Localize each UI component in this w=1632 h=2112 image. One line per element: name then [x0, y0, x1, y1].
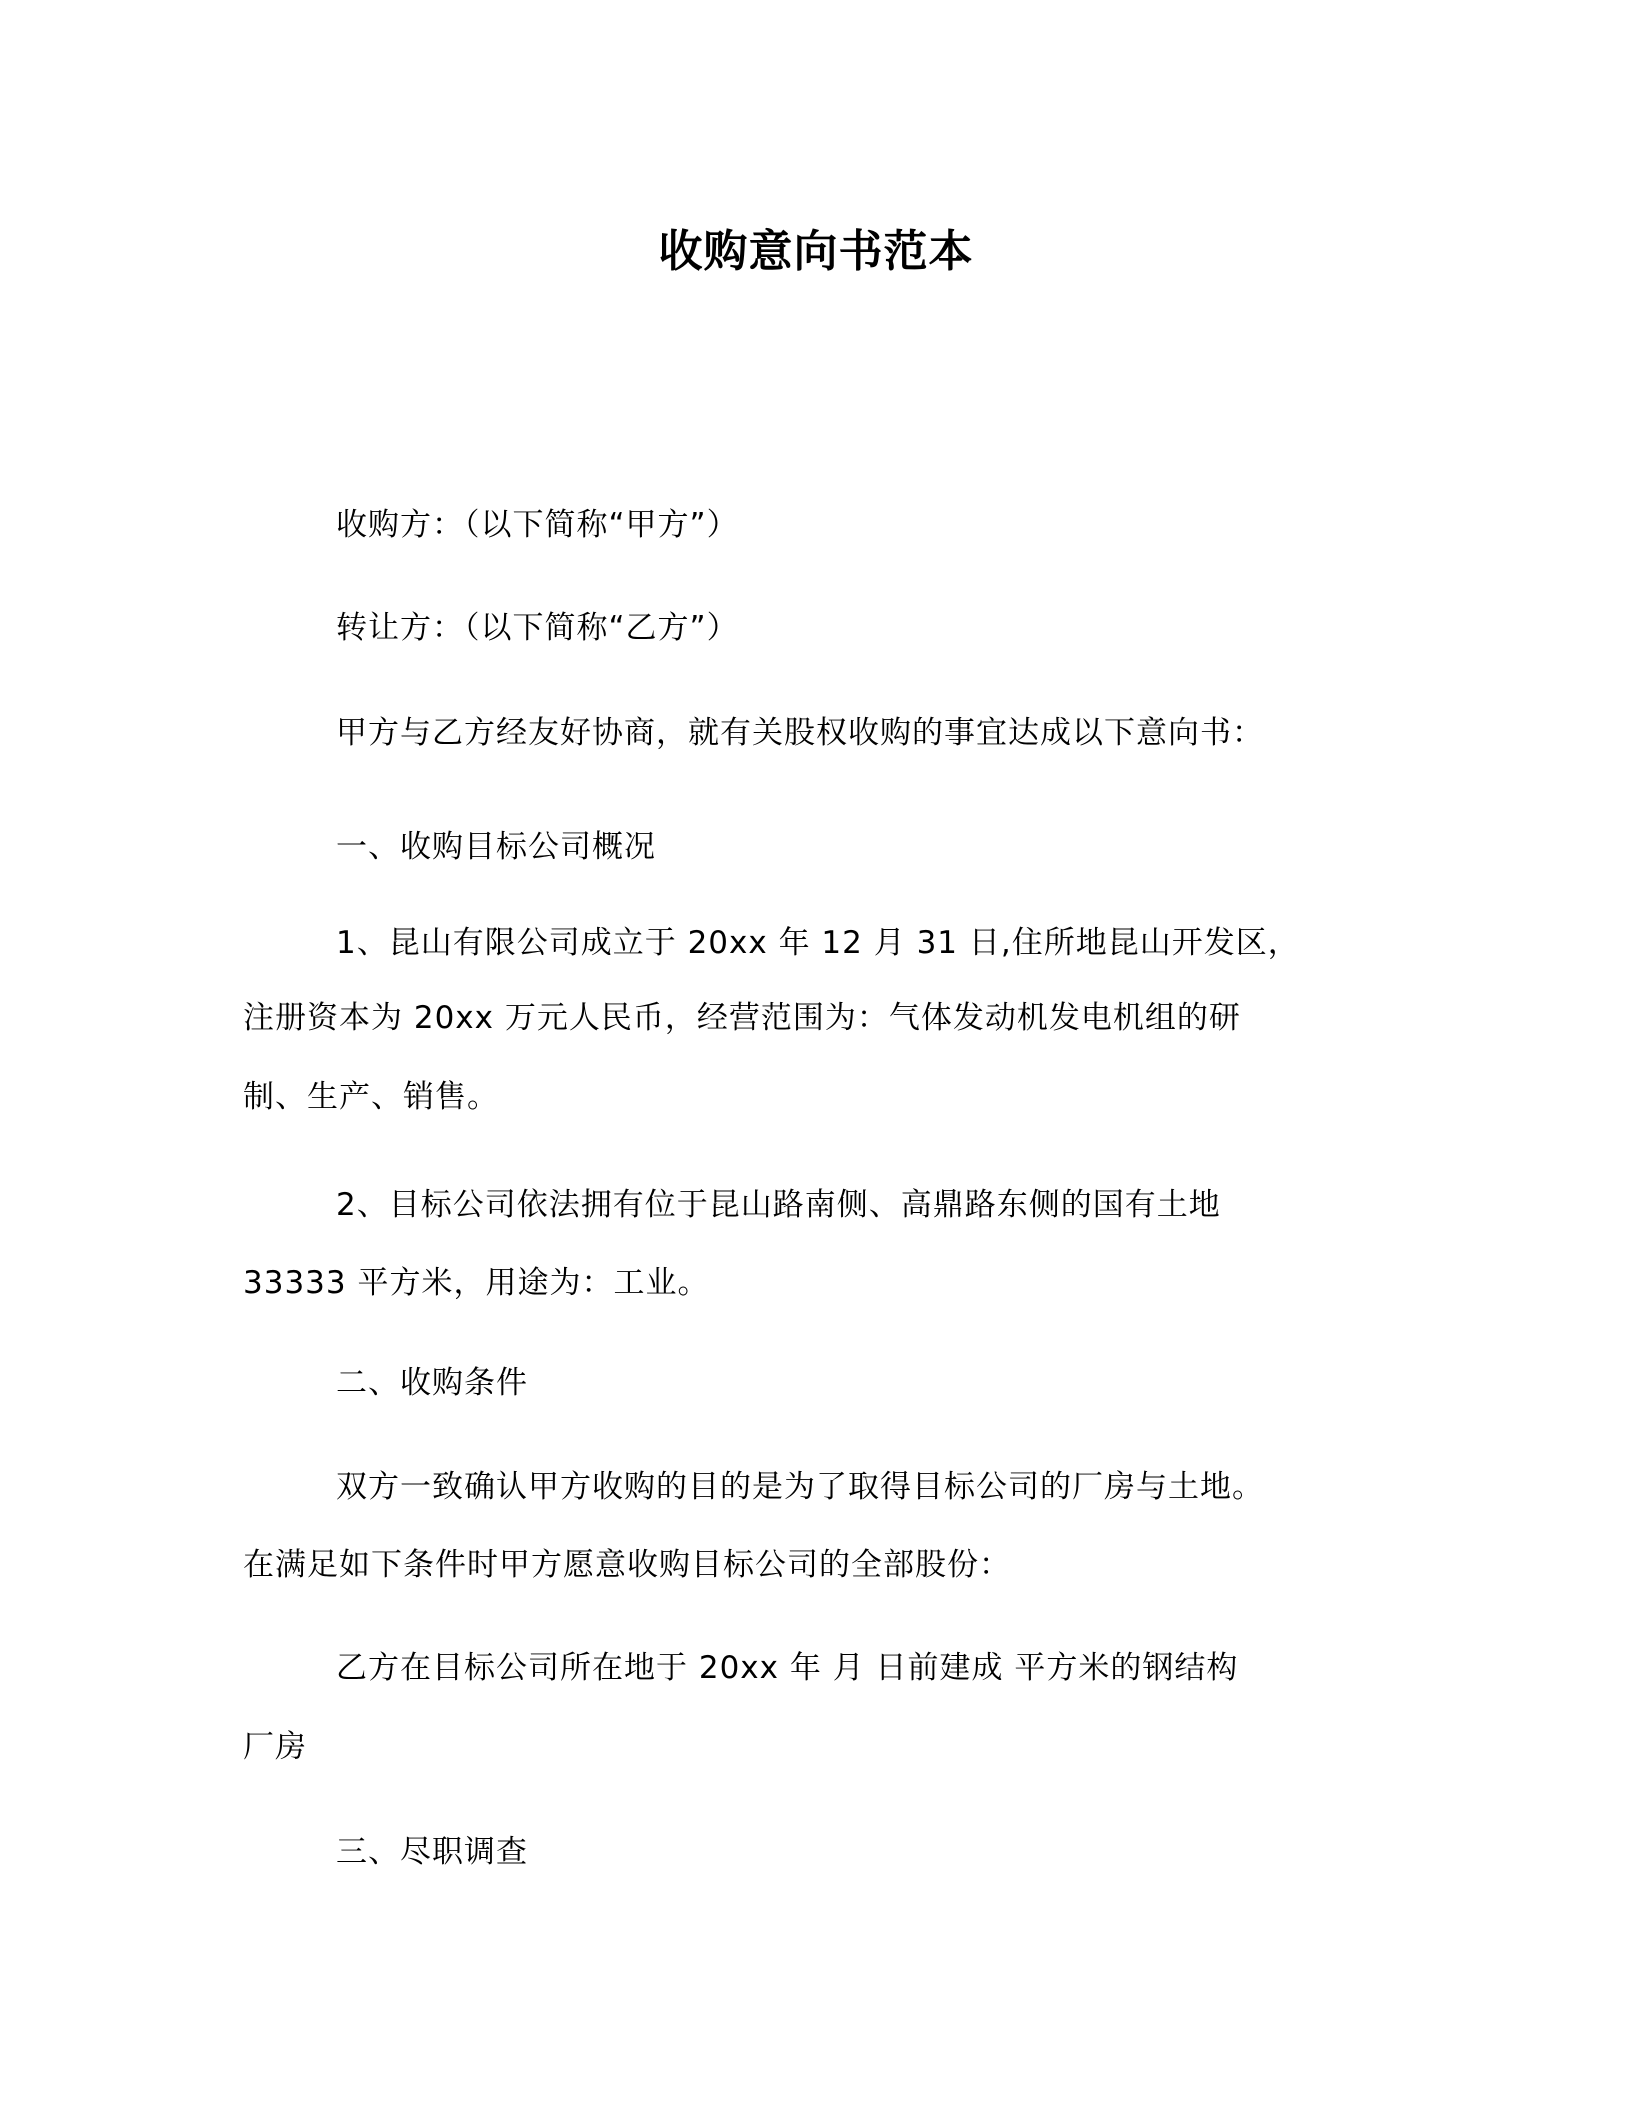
conditions-line1: 双方一致确认甲方收购的目的是为了取得目标公司的厂房与土地。 [336, 1465, 1264, 1509]
item2-line2: 33333 平方米，用途为：工业。 [243, 1261, 709, 1305]
section2-heading: 二、收购条件 [336, 1361, 528, 1405]
transferor-line: 转让方：（以下简称“乙方”） [336, 606, 739, 650]
item1-line1: 1、昆山有限公司成立于 20xx 年 12 月 31 日,住所地昆山开发区， [336, 921, 1300, 965]
conditions-line2: 在满足如下条件时甲方愿意收购目标公司的全部股份： [243, 1543, 1011, 1587]
section1-heading: 一、收购目标公司概况 [336, 825, 656, 869]
document-title: 收购意向书范本 [0, 222, 1632, 282]
intro-paragraph: 甲方与乙方经友好协商，就有关股权收购的事宜达成以下意向书： [336, 711, 1264, 755]
item1-line3: 制、生产、销售。 [243, 1075, 499, 1119]
document-page: 收购意向书范本 收购方：（以下简称“甲方”） 转让方：（以下简称“乙方”） 甲方… [0, 0, 1632, 2112]
condition-a-line2: 厂房 [243, 1725, 307, 1769]
section3-heading: 三、尽职调查 [336, 1830, 528, 1874]
item1-line2: 注册资本为 20xx 万元人民币，经营范围为：气体发动机发电机组的研 [243, 996, 1241, 1040]
acquirer-line: 收购方：（以下简称“甲方”） [336, 503, 739, 547]
condition-a-line1: 乙方在目标公司所在地于 20xx 年 月 日前建成 平方米的钢结构 [336, 1646, 1238, 1690]
item2-line1: 2、目标公司依法拥有位于昆山路南侧、高鼎路东侧的国有土地 [336, 1183, 1221, 1227]
